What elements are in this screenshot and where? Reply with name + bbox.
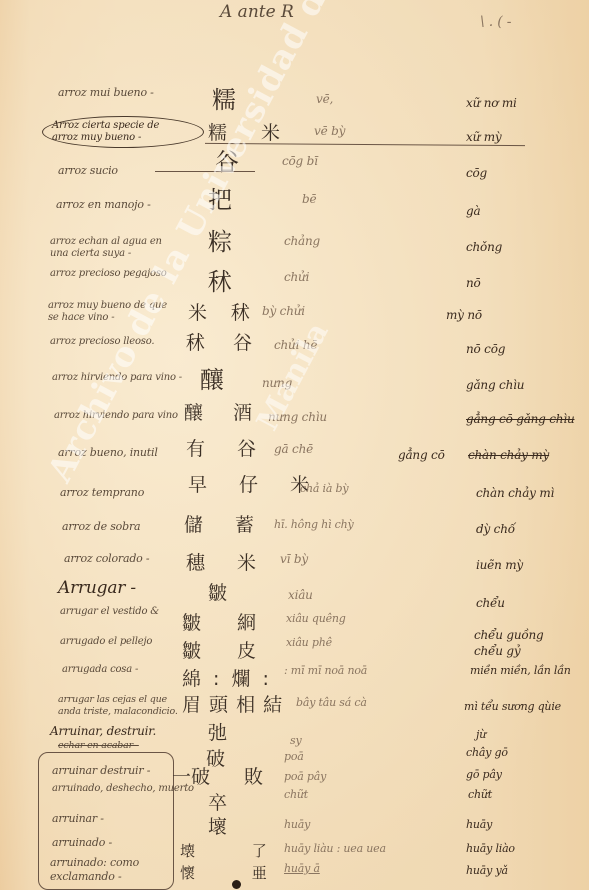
spanish-entry: arrugar el vestido &	[60, 606, 159, 617]
spanish-entry: arroz echan al agua en	[50, 236, 162, 247]
romanization-entry: sy	[290, 734, 301, 747]
spanish-entry: arroz temprano	[60, 486, 144, 499]
chinese-entry: 秫 谷	[186, 328, 252, 355]
chinese-entry: 弛	[208, 718, 227, 745]
chinese-entry: 一破 敗	[172, 762, 263, 789]
vietnamese-entry: gō pây	[466, 768, 502, 781]
romanization-entry: vī bỳ	[280, 552, 308, 566]
romanization-entry: bây tâu sá cà	[296, 696, 367, 709]
chinese-entry: 釀	[200, 360, 224, 395]
chinese-entry: 皺 綗	[182, 608, 256, 635]
chinese-entry: 壊 了	[180, 840, 267, 861]
chinese-entry: 釀 酒	[184, 398, 252, 425]
vietnamese-entry: mỳ nō	[446, 308, 482, 322]
vietnamese-entry: dỳ chố	[476, 522, 515, 536]
vietnamese-entry: nō cōg	[466, 342, 505, 356]
spanish-entry: una cierta suya -	[50, 248, 131, 259]
vietnamese-entry: huāy	[466, 818, 492, 831]
spanish-entry: arruinado: como	[50, 856, 139, 869]
spanish-entry: arrugado el pellejo	[60, 636, 152, 647]
spanish-entry: arroz mui bueno -	[58, 86, 154, 99]
vietnamese-entry: gǎng chìu	[466, 378, 524, 392]
chinese-entry: 皺	[208, 578, 227, 605]
chinese-entry: 早 仔 米	[188, 470, 309, 497]
vietnamese-entry: xữ mỳ	[466, 130, 501, 144]
chinese-entry: 穗 米	[186, 548, 256, 575]
chinese-entry: 米 秫	[188, 298, 250, 325]
vietnamese-entry: chểu	[476, 596, 505, 610]
romanization-entry: bỳ chửi	[262, 304, 305, 318]
vietnamese-entry: huāy yǎ	[466, 864, 508, 877]
romanization-entry: chảng	[284, 234, 320, 248]
vietnamese-entry: iuẽn mỳ	[476, 558, 523, 572]
vietnamese-entry: chǒng	[466, 240, 502, 254]
romanization-entry: vē bỳ	[314, 124, 345, 138]
vietnamese-entry: chây gō	[466, 746, 508, 759]
vietnamese-entry: miền miền, lần lần	[470, 664, 571, 677]
romanization-entry: huāy ā	[284, 862, 320, 875]
spanish-headword: Arruinar, destruir.	[50, 724, 156, 738]
chinese-entry: 皺 皮	[182, 636, 256, 663]
spanish-entry: arruinar destruir -	[52, 764, 150, 777]
spanish-entry: arrugada cosa -	[62, 664, 138, 675]
chinese-entry: 壞	[208, 812, 227, 839]
vietnamese-entry: chữt	[468, 788, 492, 801]
vietnamese-entry: gẳng cō	[398, 448, 445, 462]
chinese-entry: 儲 蓄	[184, 510, 254, 537]
spanish-entry: arroz de sobra	[62, 520, 140, 533]
spanish-entry: arruinado -	[52, 836, 112, 849]
romanization-entry: xiâu phê	[286, 636, 332, 649]
romanization-entry: : mī mī noā noā	[284, 664, 367, 677]
chinese-entry: 眉 頭 相 結	[182, 690, 282, 717]
romanization-entry: hī. hông hì chỳ	[274, 518, 353, 531]
spanish-entry: anda triste, malacondicio.	[58, 706, 178, 717]
vietnamese-entry: huāy liào	[466, 842, 515, 855]
romanization-entry: bē	[302, 192, 316, 206]
spanish-entry: arruinar -	[52, 812, 104, 825]
romanization-entry: vē,	[316, 92, 333, 106]
vietnamese-entry: chểu gỷ	[474, 644, 520, 658]
vietnamese-entry-struck: chàn chảy mỳ	[468, 448, 549, 462]
vietnamese-entry: mì tểu sương qùie	[464, 700, 561, 713]
romanization-entry: chữt	[284, 788, 308, 801]
vietnamese-entry: chểu guồng	[474, 628, 544, 642]
romanization-entry: xiâu	[288, 588, 313, 602]
vietnamese-entry-struck: gẳng cō gǎng chìu	[466, 412, 575, 426]
vietnamese-entry: chàn chảy mì	[476, 486, 554, 500]
vietnamese-entry: cōg	[466, 166, 487, 180]
spanish-entry: arroz en manojo -	[56, 198, 151, 211]
spanish-entry: arroz muy bueno -	[52, 132, 141, 143]
spanish-entry: exclamando -	[50, 870, 122, 883]
spanish-headword: Arrugar -	[58, 578, 136, 598]
romanization-entry: gā chē	[274, 442, 313, 456]
binding-hole	[232, 880, 241, 889]
chinese-entry: 有 谷	[186, 434, 256, 461]
romanization-entry: huāy	[284, 818, 310, 831]
romanization-entry: cōg bī	[282, 154, 318, 168]
vietnamese-entry: nō	[466, 276, 481, 290]
chinese-entry: 秫	[208, 262, 232, 297]
spanish-entry: se hace vino -	[48, 312, 114, 323]
spanish-entry: echar en acabar -	[58, 740, 139, 751]
spanish-entry: Arroz cierta specie de	[52, 120, 159, 131]
spanish-entry: arroz colorado -	[64, 552, 149, 565]
vietnamese-entry: xữ nơ mi	[466, 96, 517, 110]
romanization-entry: huāy liàu : uea uea	[284, 842, 386, 855]
chinese-entry: 綿 : 爛 :	[182, 664, 269, 691]
vietnamese-entry: jừ	[476, 728, 486, 741]
chinese-entry: 卒	[208, 788, 227, 815]
romanization-entry: poā pây	[284, 770, 326, 783]
vietnamese-entry: gà	[466, 204, 480, 218]
corner-marks: \ . ( -	[480, 14, 511, 30]
spanish-entry: arrugar las cejas el que	[58, 694, 167, 705]
romanization-entry: poā	[284, 750, 304, 763]
romanization-entry: xiâu quêng	[286, 612, 346, 625]
romanization-entry: chửi	[284, 270, 309, 284]
romanization-entry: chả ià bỳ	[300, 482, 348, 495]
chinese-entry: 懷 亜	[180, 862, 267, 883]
manuscript-page: A ante R \ . ( - arroz mui bueno - Arroz…	[0, 0, 589, 890]
spanish-entry: arroz sucio	[58, 164, 118, 177]
